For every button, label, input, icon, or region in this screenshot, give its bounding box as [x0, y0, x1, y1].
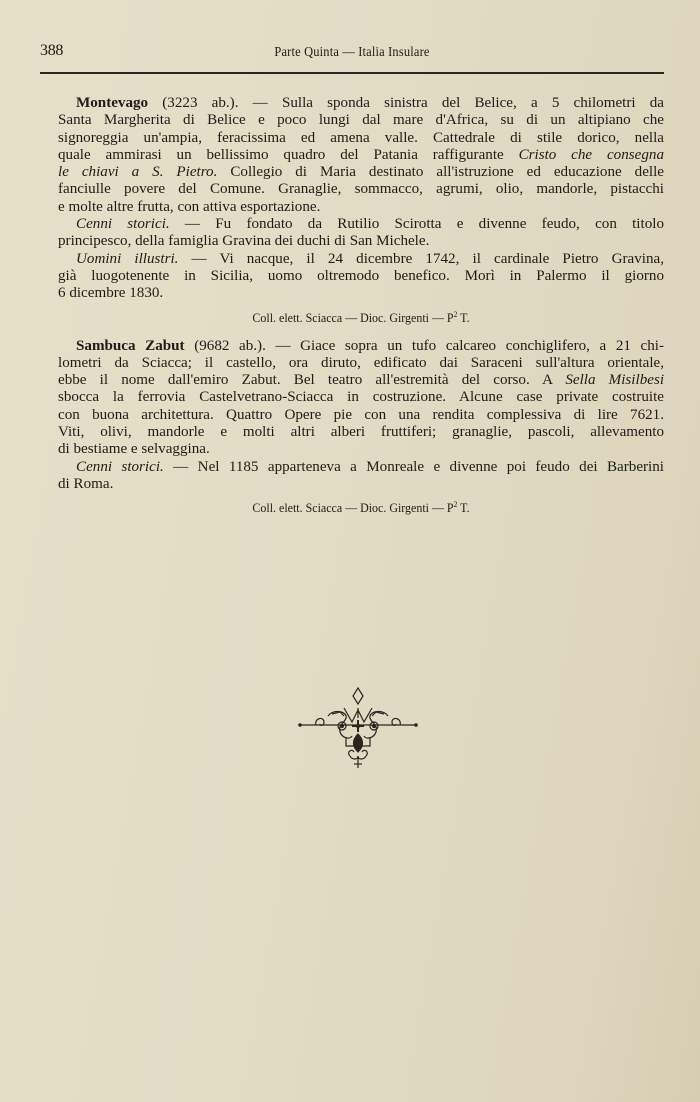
- artwork-title: Cristo che consegna: [519, 147, 664, 163]
- text-line: con buona architettura. Quattro Opere pi…: [58, 407, 664, 424]
- text-line: ebbe il nome dall'emiro Zabut. Bel teatr…: [58, 372, 664, 389]
- history-line: Cenni storici. — Nel 1185 apparteneva a …: [58, 459, 664, 476]
- notables-line: 6 dicembre 1830.: [58, 285, 664, 302]
- entry-sambuca-zabut: Sambuca Zabut (9682 ab.). — Giace sopra …: [58, 338, 664, 518]
- header-rule: [40, 72, 664, 74]
- text-line: Montevago (3223 ab.). — Sulla sponda sin…: [58, 95, 664, 112]
- text-line: fanciulle povere del Comune. Granaglie, …: [58, 181, 664, 198]
- text-line: sbocca la ferrovia Castelvetrano-Sciacca…: [58, 389, 664, 406]
- text-line: lometri da Sciacca; il castello, ora dir…: [58, 355, 664, 372]
- history-line: di Roma.: [58, 476, 664, 493]
- history-label: Cenni storici.: [76, 459, 164, 475]
- text-line: le chiavi a S. Pietro. Collegio di Maria…: [58, 164, 664, 181]
- history-label: Cenni storici.: [76, 216, 170, 232]
- running-title: Parte Quinta — Italia Insulare: [65, 44, 639, 60]
- artwork-title: le chiavi a S. Pietro.: [58, 164, 217, 180]
- text-line: e molte altre frutta, con attiva esporta…: [58, 199, 664, 216]
- text-line: Viti, olivi, mandorle e molti altri albe…: [58, 424, 664, 441]
- book-page: 388 Parte Quinta — Italia Insulare Monte…: [0, 0, 700, 1102]
- diocese-line: Coll. elett. Sciacca — Dioc. Girgenti — …: [73, 496, 649, 517]
- page-header: 388 Parte Quinta — Italia Insulare: [40, 42, 664, 64]
- text-line: Santa Margherita di Belice e poco lungi …: [58, 112, 664, 129]
- entry-population: (9682 ab.).: [194, 338, 266, 354]
- diocese-line: Coll. elett. Sciacca — Dioc. Girgenti — …: [73, 306, 649, 327]
- page-number: 388: [40, 42, 63, 60]
- notables-line: già luogotenente in Sicilia, uomo oltrem…: [58, 268, 664, 285]
- entry-population: (3223 ab.).: [162, 95, 238, 111]
- text-line: signoreggia un'ampia, feracissima ed ame…: [58, 130, 664, 147]
- notables-line: Uomini illustri. — Vi nacque, il 24 dice…: [58, 251, 664, 268]
- text-line: quale ammirasi un bellissimo quadro del …: [58, 147, 664, 164]
- body-text: Montevago (3223 ab.). — Sulla sponda sin…: [58, 95, 664, 528]
- history-line: principesco, della famiglia Gravina dei …: [58, 233, 664, 250]
- entry-montevago: Montevago (3223 ab.). — Sulla sponda sin…: [58, 95, 664, 327]
- text-line: Sambuca Zabut (9682 ab.). — Giace sopra …: [58, 338, 664, 355]
- place-name: Sella Misilbesi: [565, 372, 664, 388]
- notables-label: Uomini illustri.: [76, 251, 178, 267]
- entry-name: Sambuca Zabut: [76, 338, 185, 354]
- fleuron-ornament-icon: [294, 682, 422, 772]
- history-line: Cenni storici. — Fu fondato da Rutilio S…: [58, 216, 664, 233]
- entry-name: Montevago: [76, 95, 148, 111]
- text-line: di bestiame e selvaggina.: [58, 441, 664, 458]
